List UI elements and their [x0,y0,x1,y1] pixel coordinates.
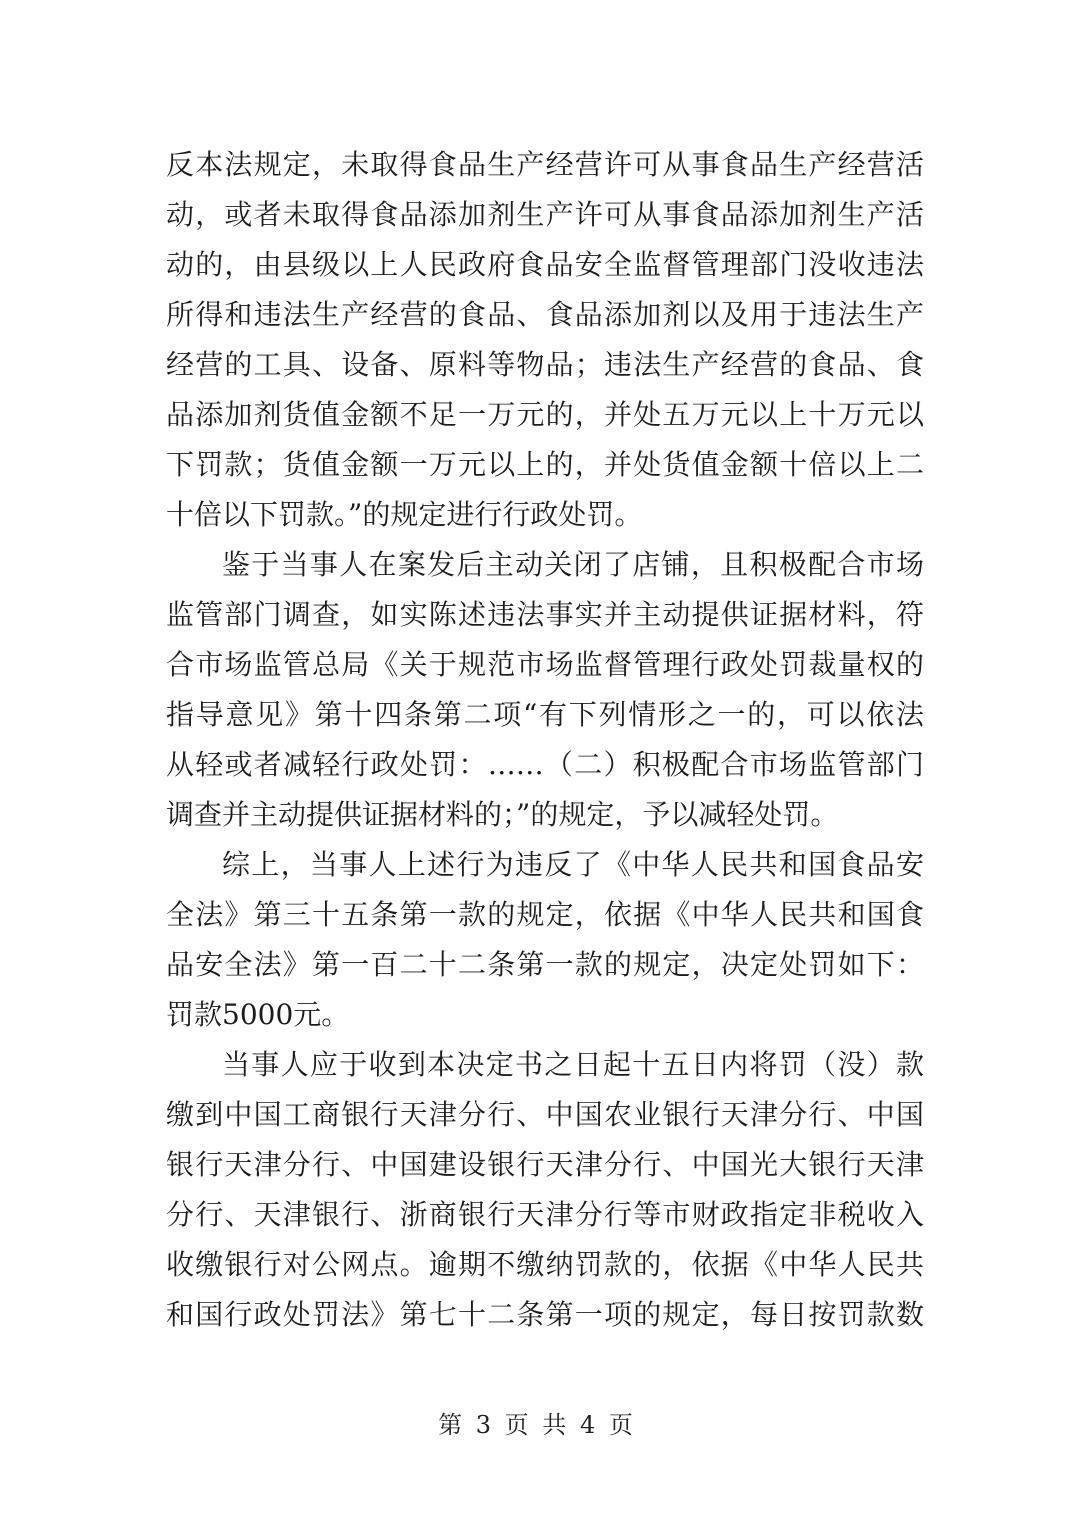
document-lines: 反本法规定，未取得食品生产经营许可从事食品生产经营活动，或者未取得食品添加剂生产… [166,140,924,1340]
text-line: 罚款5000元。 [166,990,924,1040]
text-line: 全法》第三十五条第一款的规定，依据《中华人民共和国食 [166,890,924,940]
text-line: 品添加剂货值金额不足一万元的，并处五万元以上十万元以 [166,390,924,440]
text-line: 当事人应于收到本决定书之日起十五日内将罚（没）款 [166,1040,924,1090]
text-line: 监管部门调查，如实陈述违法事实并主动提供证据材料，符 [166,590,924,640]
document-page: 反本法规定，未取得食品生产经营许可从事食品生产经营活动，或者未取得食品添加剂生产… [0,0,1074,1520]
text-line: 综上，当事人上述行为违反了《中华人民共和国食品安 [166,840,924,890]
text-line: 下罚款；货值金额一万元以上的，并处货值金额十倍以上二 [166,440,924,490]
text-line: 动，或者未取得食品添加剂生产许可从事食品添加剂生产活 [166,190,924,240]
text-line: 指导意见》第十四条第二项“有下列情形之一的，可以依法 [166,690,924,740]
text-line: 从轻或者减轻行政处罚：……（二）积极配合市场监管部门 [166,740,924,790]
text-line: 动的，由县级以上人民政府食品安全监督管理部门没收违法 [166,240,924,290]
text-line: 反本法规定，未取得食品生产经营许可从事食品生产经营活 [166,140,924,190]
text-line: 鉴于当事人在案发后主动关闭了店铺，且积极配合市场 [166,540,924,590]
text-line: 品安全法》第一百二十二条第一款的规定，决定处罚如下： [166,940,924,990]
text-line: 十倍以下罚款。”的规定进行行政处罚。 [166,490,924,540]
text-line: 缴到中国工商银行天津分行、中国农业银行天津分行、中国 [166,1090,924,1140]
text-line: 合市场监管总局《关于规范市场监督管理行政处罚裁量权的 [166,640,924,690]
text-line: 分行、天津银行、浙商银行天津分行等市财政指定非税收入 [166,1190,924,1240]
text-line: 和国行政处罚法》第七十二条第一项的规定，每日按罚款数 [166,1290,924,1340]
text-line: 调查并主动提供证据材料的；”的规定，予以减轻处罚。 [166,790,924,840]
page-footer: 第 3 页 共 4 页 [0,1408,1074,1442]
text-line: 经营的工具、设备、原料等物品；违法生产经营的食品、食 [166,340,924,390]
text-line: 银行天津分行、中国建设银行天津分行、中国光大银行天津 [166,1140,924,1190]
text-line: 所得和违法生产经营的食品、食品添加剂以及用于违法生产 [166,290,924,340]
text-line: 收缴银行对公网点。逾期不缴纳罚款的，依据《中华人民共 [166,1240,924,1290]
